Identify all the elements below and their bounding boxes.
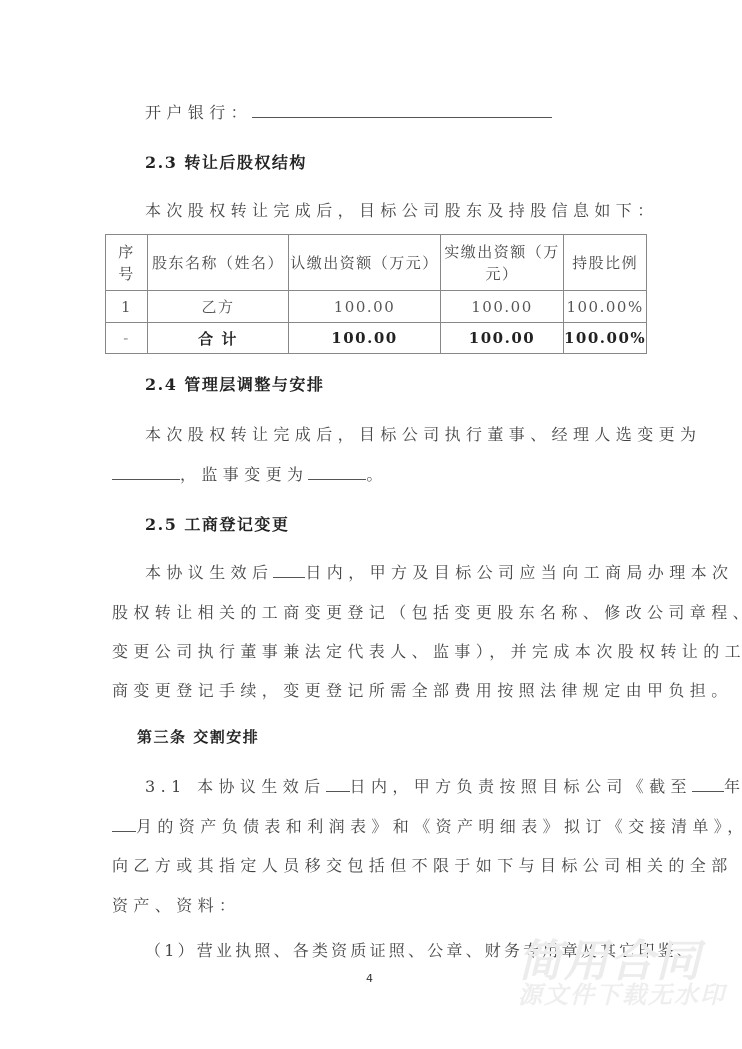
days-blank [273,563,305,578]
page-number: 4 [366,972,373,985]
article-3-1-line1: 3.1 本协议生效后日内，甲方负责按照目标公司《截至年 [145,774,742,797]
cell-ratio: 100.00% [564,291,647,323]
header-paid-capital: 实缴出资额（万元） [441,235,564,291]
section-2-5-title: 2.5 工商登记变更 [145,512,289,535]
total-label: 合 计 [148,323,289,354]
watermark-tagline: 源文件下载无水印 [518,975,726,1010]
section-2-5-line1: 本协议生效后日内，甲方及目标公司应当向工商局办理本次 [145,560,733,583]
table-total-row: - 合 计 100.00 100.00 100.00% [106,323,647,354]
section-2-5-line3: 变更公司执行董事兼法定代表人、监事），并完成本次股权转让的工 [112,639,742,662]
total-ratio: 100.00% [564,323,647,354]
cell-name: 乙方 [148,291,289,323]
section-2-4-line2: ，监事变更为。 [112,462,388,485]
supervisor-blank [308,465,366,480]
bank-line: 开户银行： [145,100,552,123]
header-shareholder-name: 股东名称（姓名） [148,235,289,291]
days-blank-3-1 [326,777,350,792]
header-index: 序号 [106,235,148,291]
cell-index: 1 [106,291,148,323]
article-3-1-line2: 月的资产负债表和利润表》和《资产明细表》拟订《交接清单》， [112,814,742,837]
year-blank [692,777,724,792]
section-2-5-line2: 股权转让相关的工商变更登记（包括变更股东名称、修改公司章程、 [112,600,742,623]
total-subscribed: 100.00 [289,323,441,354]
table-header-row: 序号 股东名称（姓名） 认缴出资额（万元） 实缴出资额（万元） 持股比例 [106,235,647,291]
section-2-3-intro: 本次股权转让完成后，目标公司股东及持股信息如下： [145,198,659,221]
header-subscribed-capital: 认缴出资额（万元） [289,235,441,291]
article-3-1-line3: 向乙方或其指定人员移交包括但不限于如下与目标公司相关的全部 [112,853,733,876]
section-2-3-title: 2.3 转让后股权结构 [145,150,307,173]
article-3-title: 第三条 交割安排 [137,726,259,747]
table-row: 1 乙方 100.00 100.00 100.00% [106,291,647,323]
total-index: - [106,323,148,354]
bank-blank [252,103,552,118]
month-blank [112,817,136,832]
total-paid: 100.00 [441,323,564,354]
cell-subscribed: 100.00 [289,291,441,323]
section-2-4-line1: 本次股权转让完成后，目标公司执行董事、经理人选变更为 [145,422,701,445]
equity-structure-table: 序号 股东名称（姓名） 认缴出资额（万元） 实缴出资额（万元） 持股比例 1 乙… [105,234,647,354]
section-2-5-line4: 商变更登记手续，变更登记所需全部费用按照法律规定由甲负担。 [112,678,733,701]
section-2-4-title: 2.4 管理层调整与安排 [145,372,324,395]
cell-paid: 100.00 [441,291,564,323]
bank-label: 开户银行： [145,103,252,122]
executive-blank [112,465,180,480]
header-share-ratio: 持股比例 [564,235,647,291]
article-3-1-line4: 资产、资料： [112,893,240,916]
